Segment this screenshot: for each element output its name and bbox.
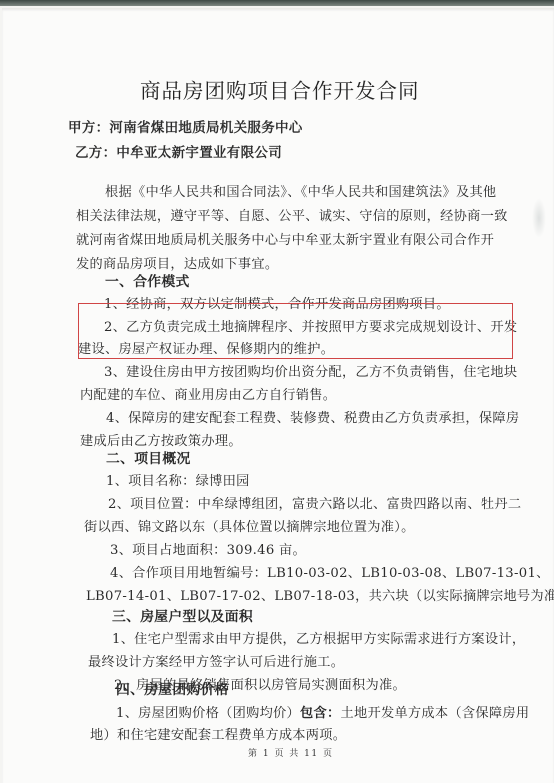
preamble-line: 发的商品房项目，达成如下事宜。: [76, 257, 278, 273]
document-page: 商品房团购项目合作开发合同 甲方：河南省煤田地质局机关服务中心 乙方：中牟亚太新…: [2, 8, 554, 783]
clause-line: LB07-14-01、LB07-17-02、LB07-18-03，共六块（以实际…: [86, 589, 554, 605]
clause-line: 4、保障房的建安配套工程费、装修费、税费由乙方负责承担，保障房: [106, 411, 519, 427]
clause-line: 3、项目占地面积：309.46 亩。: [110, 543, 306, 559]
clause-line: 最终设计方案经甲方签字认可后进行施工。: [88, 655, 344, 671]
clause-line: 2、项目位置：中牟绿博组团，富贵六路以北、富贵四路以南、牡丹二: [108, 497, 521, 513]
clause-line: 1、房屋团购价格（团购均价）包含：土地开发单方成本（含保障房用: [116, 706, 529, 722]
page-title: 商品房团购项目合作开发合同: [140, 74, 420, 104]
preamble-line: 根据《中华人民共和国合同法》、《中华人民共和国建筑法》及其他: [105, 185, 496, 201]
clause-line: 街以西、锦文路以东（具体位置以摘牌宗地位置为准）。: [84, 520, 415, 536]
section-heading: 一、合作模式: [105, 274, 190, 290]
section-heading: 二、项目概况: [106, 451, 191, 467]
clause-line: 1、住宅户型需求由甲方提供，乙方根据甲方实际需求进行方案设计，: [112, 632, 525, 648]
scan-stain: [532, 198, 546, 238]
clause-line: 3、建设住房由甲方按团购均价出资分配，乙方不负责销售，住宅地块: [104, 365, 517, 381]
clause-line: 地）和住宅建安配套工程费单方成本两项。: [90, 728, 346, 744]
party-a: 甲方：河南省煤田地质局机关服务中心: [68, 120, 303, 136]
clause-line: 内配建的车位、商业用房由乙方自行销售。: [80, 388, 336, 404]
scanner-edge: [0, 0, 554, 6]
party-b: 乙方：中牟亚太新宇置业有限公司: [75, 145, 282, 161]
clause-line: 1、项目名称：绿博田园: [106, 474, 250, 490]
preamble-line: 就河南省煤田地质局机关服务中心与中牟亚太新宇置业有限公司合作开: [76, 233, 494, 249]
clause-line: 4、合作项目用地暂编号：LB10-03-02、LB10-03-08、LB07-1…: [110, 566, 550, 582]
section-heading: 三、房屋户型以及面积: [112, 609, 253, 625]
clause-line: 建成后由乙方按政策办理。: [80, 434, 242, 450]
page-number-footer: 第 1 页 共 11 页: [248, 746, 333, 759]
preamble-line: 相关法律法规，遵守平等、自愿、公平、诚实、守信的原则，经协商一致: [76, 209, 508, 225]
section-heading: 四、房屋团购价格: [116, 682, 229, 698]
highlight-annotation-box: [78, 303, 513, 359]
